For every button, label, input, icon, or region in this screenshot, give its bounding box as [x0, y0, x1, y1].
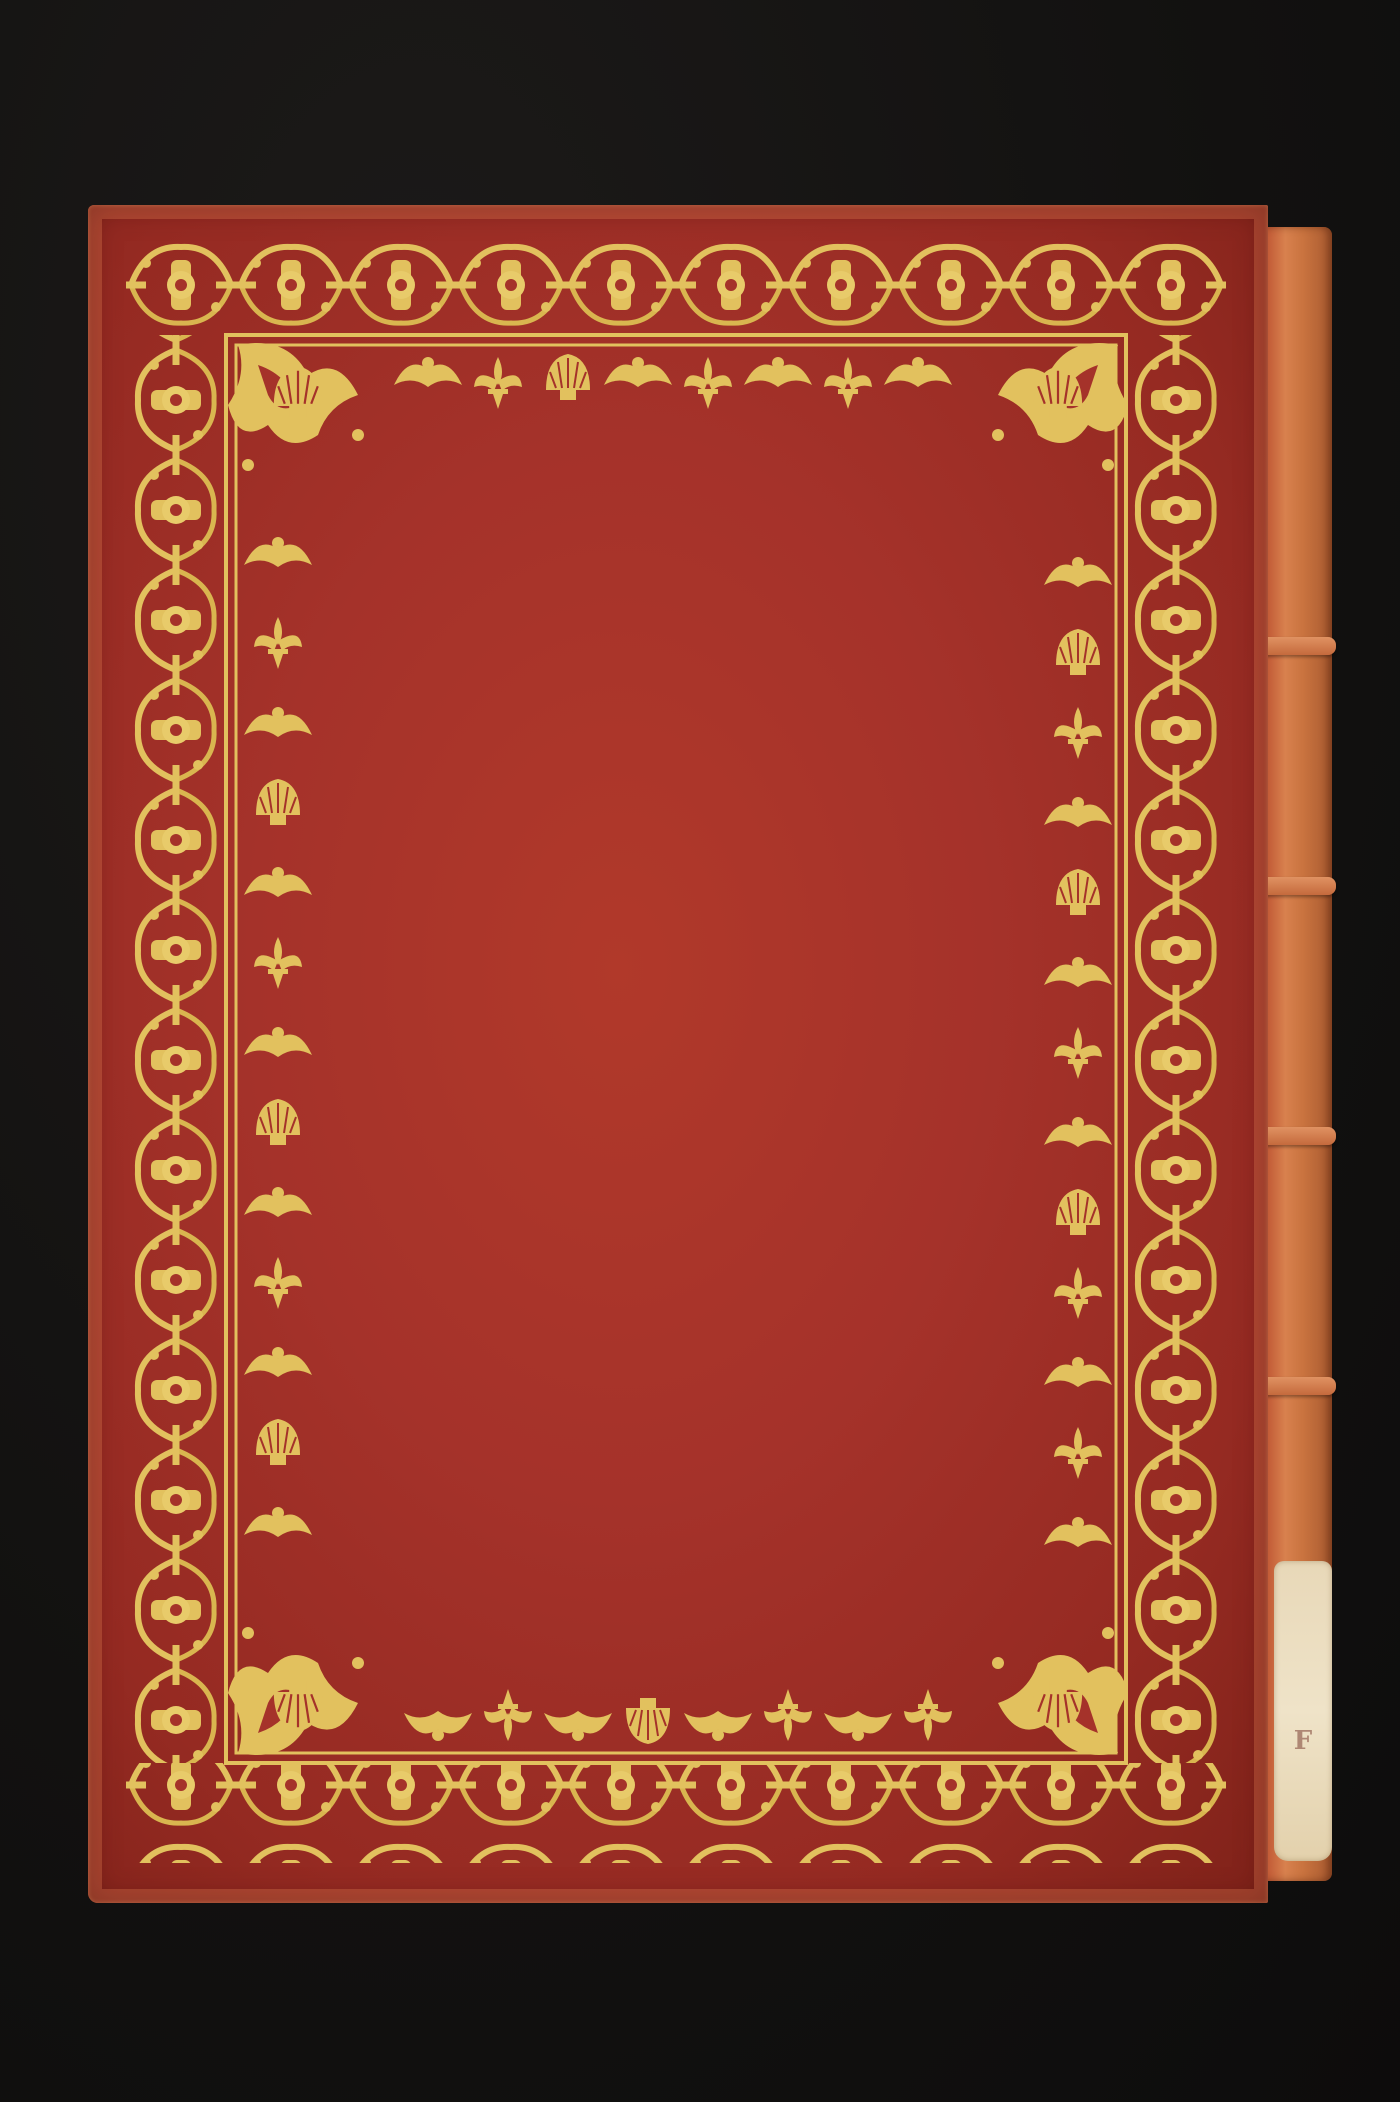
spine-raised-band: [1258, 637, 1336, 655]
front-cover: [88, 205, 1268, 1903]
spine-label-text: F: [1294, 1726, 1312, 1756]
inner-gold-border: [228, 335, 1128, 1763]
spine-raised-band: [1258, 1377, 1336, 1395]
book: F: [88, 205, 1348, 1903]
spine-paper-label: F: [1274, 1561, 1332, 1861]
inner-border-ornament-icon: [228, 335, 1128, 1763]
spine-raised-band: [1258, 1127, 1336, 1145]
spine-raised-band: [1258, 877, 1336, 895]
